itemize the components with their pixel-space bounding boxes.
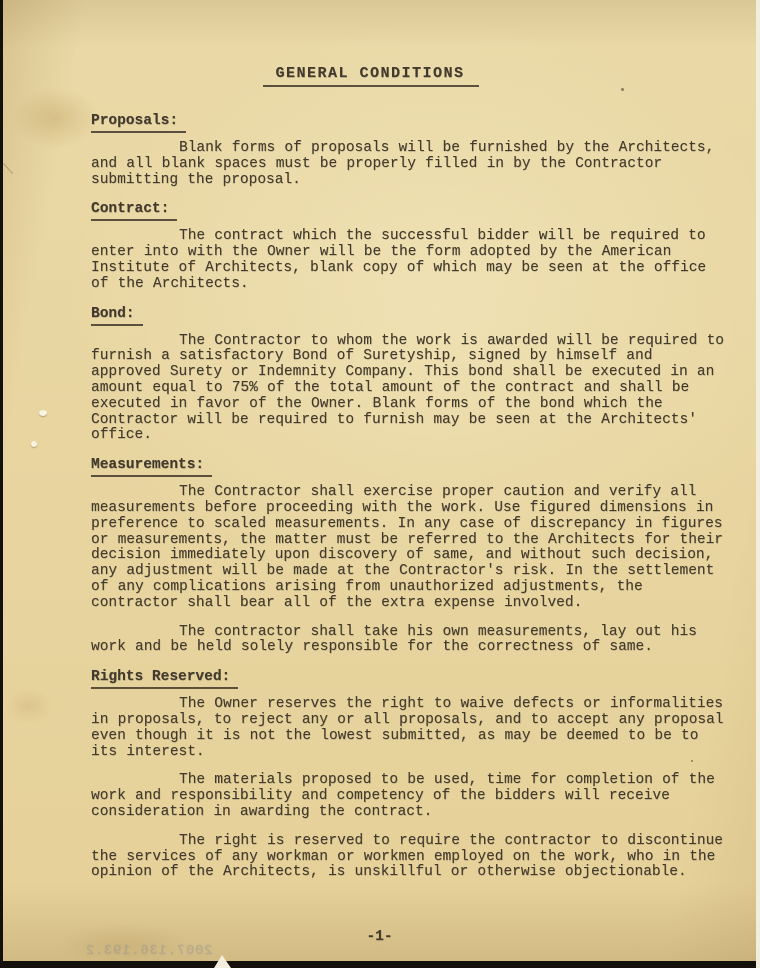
paragraph: The materials proposed to be used, time … (91, 773, 727, 820)
section-heading-contract: Contract: (91, 201, 727, 221)
pinhole (39, 410, 47, 416)
section-heading-text: Measurements: (91, 457, 212, 477)
paragraph: The Owner reserves the right to waive de… (91, 697, 727, 760)
document-page: GENERAL CONDITIONS Proposals: Blank form… (3, 0, 756, 961)
section-heading-rights-reserved: Rights Reserved: (91, 669, 727, 689)
section-contract: Contract: The contract which the success… (91, 201, 727, 292)
section-bond: Bond: The Contractor to whom the work is… (91, 306, 727, 445)
paper-tear-notch (214, 955, 231, 968)
paragraph: Blank forms of proposals will be furnish… (91, 141, 727, 188)
accession-number-bleedthrough: 2007.136.193.2 (85, 944, 212, 959)
ink-speck (621, 88, 624, 91)
scanner-edge (756, 0, 760, 968)
section-heading-measurements: Measurements: (91, 457, 727, 477)
scan-background: GENERAL CONDITIONS Proposals: Blank form… (0, 0, 760, 968)
section-heading-proposals: Proposals: (91, 113, 727, 133)
ink-speck (691, 760, 693, 762)
page-title: GENERAL CONDITIONS (263, 65, 478, 87)
document-content: GENERAL CONDITIONS Proposals: Blank form… (91, 0, 727, 894)
paragraph: The contract which the successful bidder… (91, 229, 727, 292)
paragraph: The right is reserved to require the con… (91, 834, 727, 881)
paper-crease (3, 163, 13, 174)
page-number: -1- (3, 929, 756, 945)
title-row: GENERAL CONDITIONS (91, 64, 651, 87)
paragraph: The Contractor shall exercise proper cau… (91, 485, 727, 611)
paragraph: The contractor shall take his own measur… (91, 625, 727, 657)
paragraph: The Contractor to whom the work is award… (91, 334, 727, 445)
section-heading-text: Bond: (91, 306, 143, 326)
section-heading-text: Proposals: (91, 113, 186, 133)
section-rights-reserved: Rights Reserved: The Owner reserves the … (91, 669, 727, 881)
section-measurements: Measurements: The Contractor shall exerc… (91, 457, 727, 656)
pinhole (31, 441, 37, 447)
section-heading-text: Contract: (91, 201, 177, 221)
section-heading-text: Rights Reserved: (91, 669, 238, 689)
section-proposals: Proposals: Blank forms of proposals will… (91, 113, 727, 188)
section-heading-bond: Bond: (91, 306, 727, 326)
